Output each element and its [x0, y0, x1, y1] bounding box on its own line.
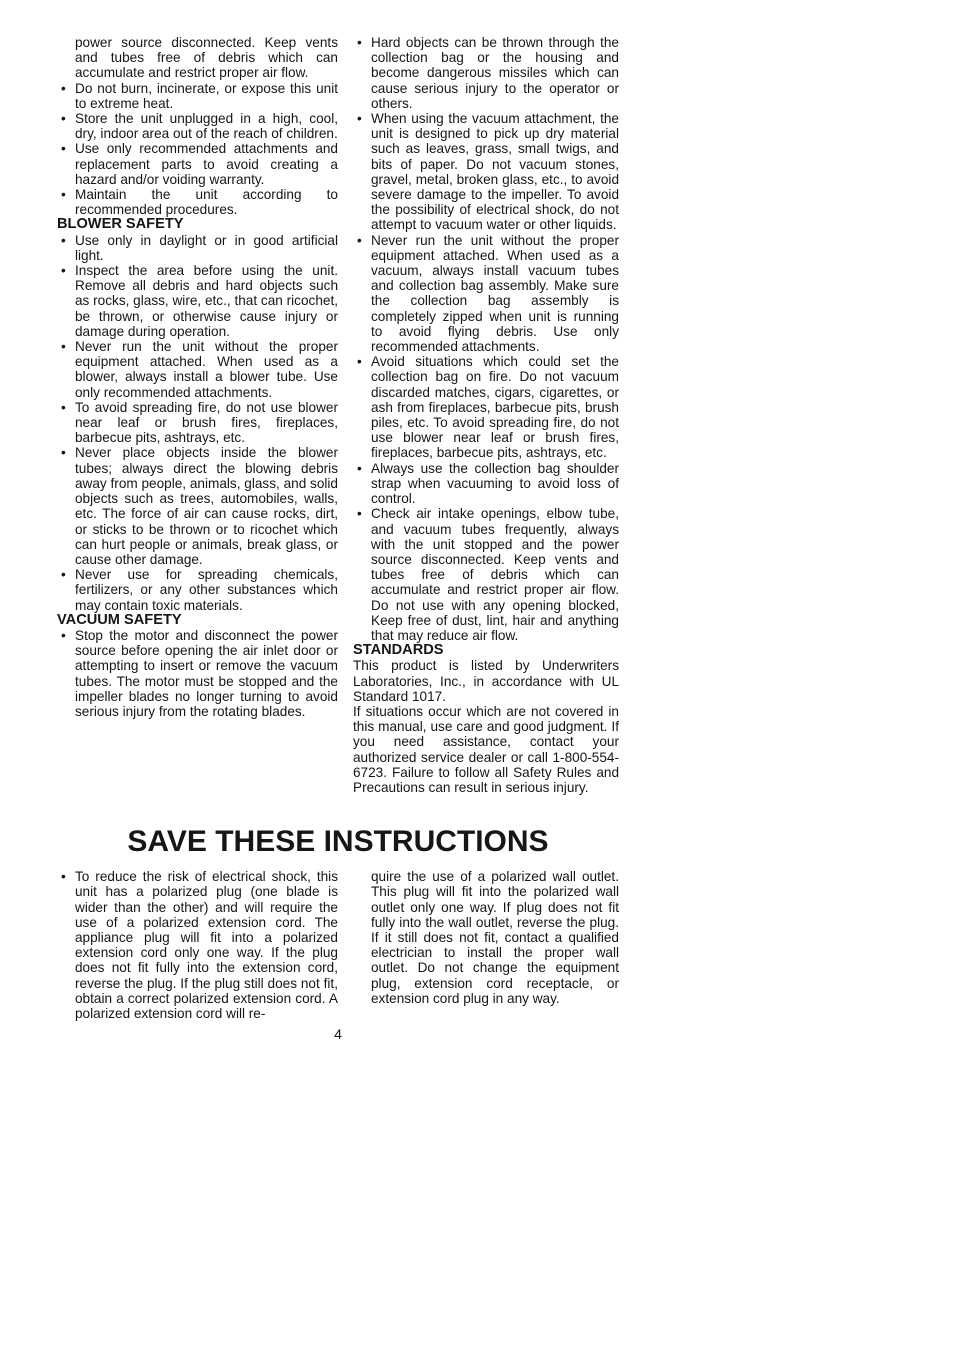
- list-item: Always use the collection bag shoulder s…: [353, 461, 619, 507]
- section-heading-standards: STANDARDS: [353, 643, 619, 658]
- top-left-column: power source disconnected. Keep vents an…: [57, 35, 338, 795]
- vacuum-safety-list-right: Hard objects can be thrown through the c…: [353, 35, 619, 643]
- list-item: Hard objects can be thrown through the c…: [353, 35, 619, 111]
- list-item: Never run the unit without the proper eq…: [353, 233, 619, 355]
- vacuum-safety-list-left: Stop the motor and disconnect the power …: [57, 628, 338, 719]
- section-heading-blower-safety: BLOWER SAFETY: [57, 217, 338, 232]
- list-item: To avoid spreading fire, do not use blow…: [57, 400, 338, 446]
- list-item: Use only recommended attachments and rep…: [57, 141, 338, 187]
- list-item: Maintain the unit according to recommend…: [57, 187, 338, 217]
- page-number: 4: [57, 1027, 619, 1042]
- standards-paragraph: This product is listed by Underwriters L…: [353, 658, 619, 704]
- polarized-plug-list: To reduce the risk of electrical shock, …: [57, 869, 338, 1021]
- list-item: Never run the unit without the proper eq…: [57, 339, 338, 400]
- list-item: Inspect the area before using the unit. …: [57, 263, 338, 339]
- manual-page: power source disconnected. Keep vents an…: [57, 35, 619, 1042]
- general-safety-list: Do not burn, incinerate, or expose this …: [57, 81, 338, 218]
- list-item: Check air intake openings, elbow tube, a…: [353, 506, 619, 643]
- list-item: Use only in daylight or in good artifici…: [57, 233, 338, 263]
- bottom-left-column: To reduce the risk of electrical shock, …: [57, 869, 338, 1021]
- list-item: Stop the motor and disconnect the power …: [57, 628, 338, 719]
- list-item: Never use for spreading chemicals, ferti…: [57, 567, 338, 613]
- save-these-instructions-heading: SAVE THESE INSTRUCTIONS: [57, 825, 619, 859]
- continuation-paragraph: power source disconnected. Keep vents an…: [57, 35, 338, 81]
- top-columns: power source disconnected. Keep vents an…: [57, 35, 619, 795]
- list-item: Never place objects inside the blower tu…: [57, 445, 338, 567]
- standards-paragraph: If situations occur which are not covere…: [353, 704, 619, 795]
- list-item: To reduce the risk of electrical shock, …: [57, 869, 338, 1021]
- section-heading-vacuum-safety: VACUUM SAFETY: [57, 613, 338, 628]
- list-item: Store the unit unplugged in a high, cool…: [57, 111, 338, 141]
- blower-safety-list: Use only in daylight or in good artifici…: [57, 233, 338, 613]
- bottom-columns: To reduce the risk of electrical shock, …: [57, 869, 619, 1021]
- top-right-column: Hard objects can be thrown through the c…: [353, 35, 619, 795]
- list-item: Do not burn, incinerate, or expose this …: [57, 81, 338, 111]
- bottom-right-column: quire the use of a polarized wall outlet…: [353, 869, 619, 1021]
- continuation-paragraph: quire the use of a polarized wall outlet…: [353, 869, 619, 1006]
- list-item: Avoid situations which could set the col…: [353, 354, 619, 460]
- list-item: When using the vacuum attachment, the un…: [353, 111, 619, 233]
